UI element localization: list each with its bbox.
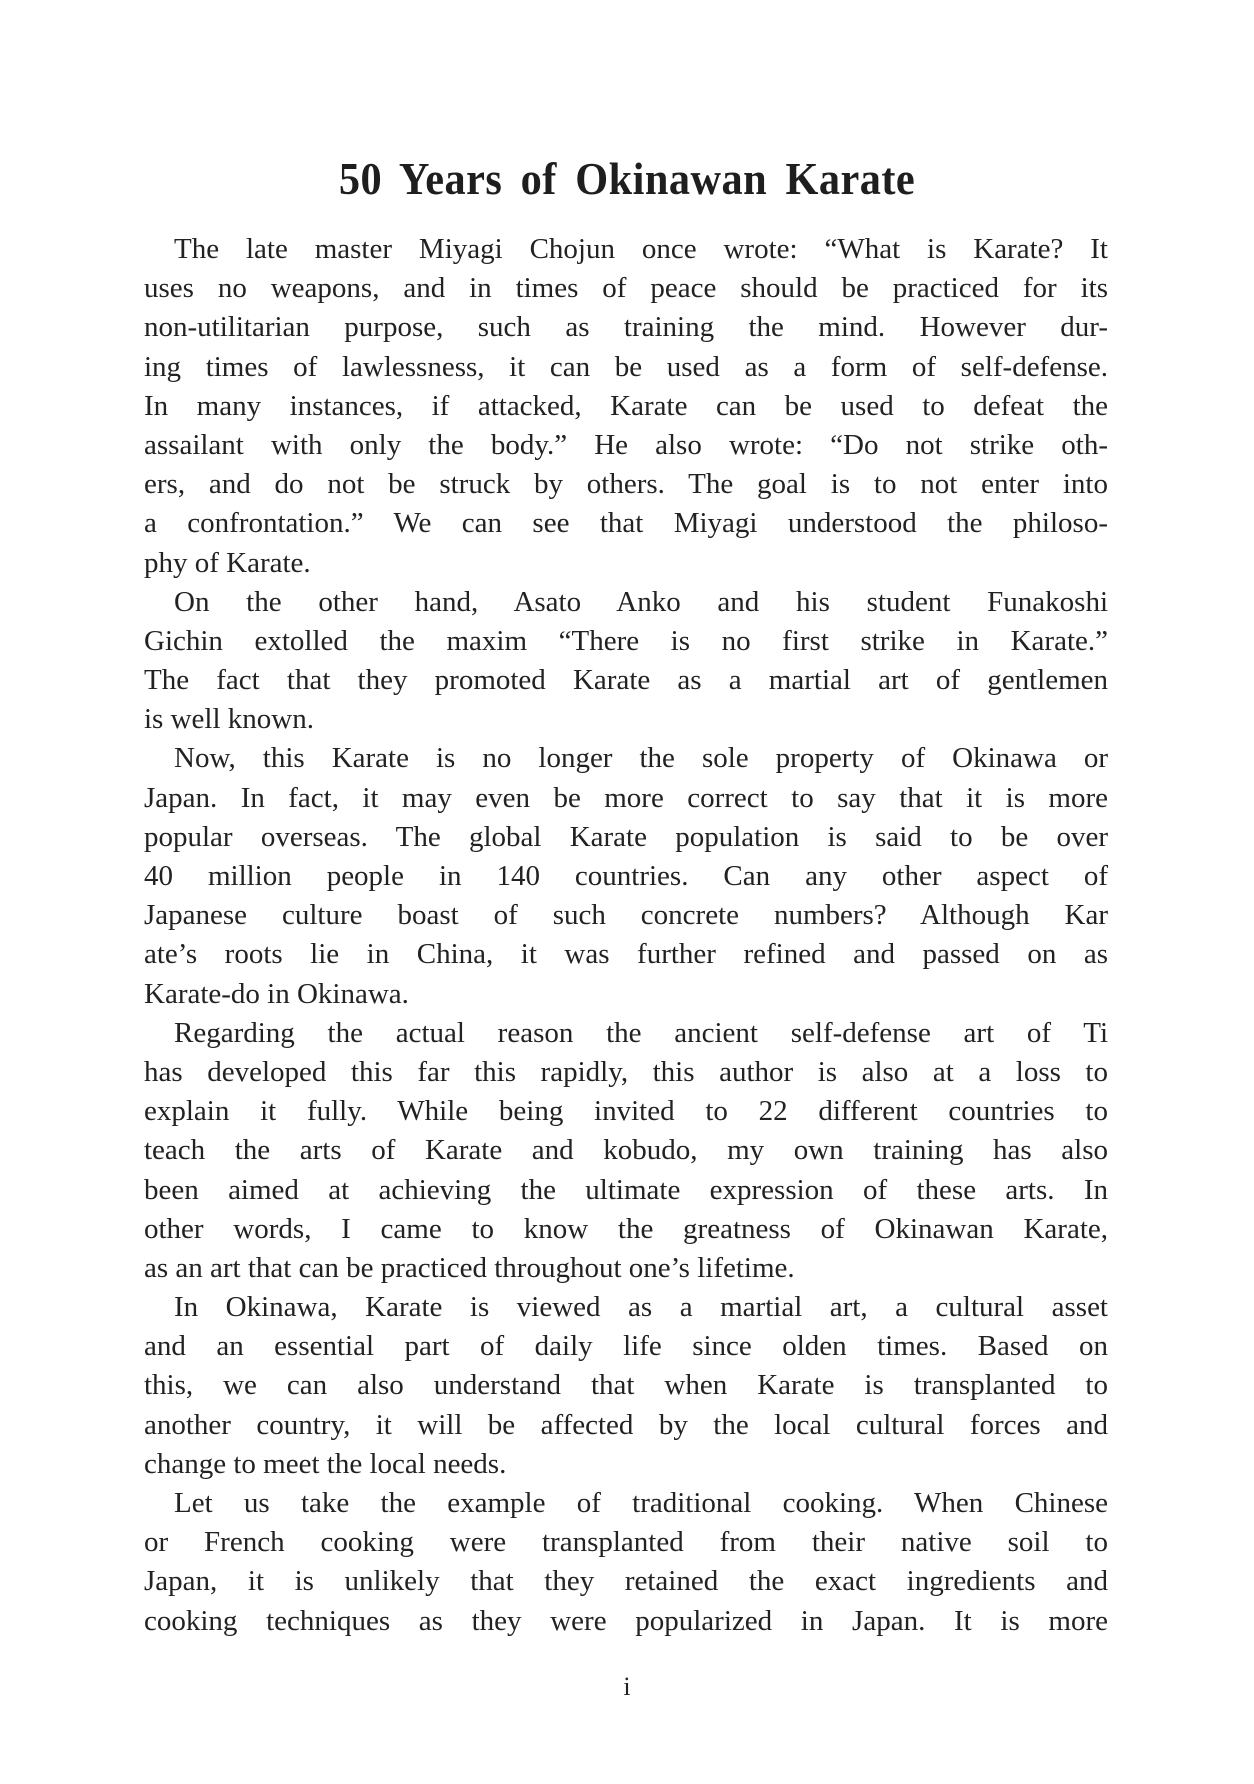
text-line: In many instances, if attacked, Karate c… [144, 387, 1108, 426]
text-line: Let us take the example of traditional c… [144, 1484, 1108, 1523]
paragraph: On the other hand, Asato Anko and his st… [144, 583, 1108, 740]
paragraph: In Okinawa, Karate is viewed as a martia… [144, 1288, 1108, 1484]
text-line: On the other hand, Asato Anko and his st… [144, 583, 1108, 622]
text-line: ing times of lawlessness, it can be used… [144, 348, 1108, 387]
text-line: cooking techniques as they were populari… [144, 1602, 1108, 1641]
text-line: 40 million people in 140 countries. Can … [144, 857, 1108, 896]
text-line: another country, it will be affected by … [144, 1406, 1108, 1445]
text-line: other words, I came to know the greatnes… [144, 1210, 1108, 1249]
text-line: is well known. [144, 700, 1108, 739]
body-text: The late master Miyagi Chojun once wrote… [144, 230, 1108, 1641]
text-line: this, we can also understand that when K… [144, 1366, 1108, 1405]
text-line: been aimed at achieving the ultimate exp… [144, 1171, 1108, 1210]
text-line: has developed this far this rapidly, thi… [144, 1053, 1108, 1092]
paragraph: The late master Miyagi Chojun once wrote… [144, 230, 1108, 583]
text-line: non-utilitarian purpose, such as trainin… [144, 308, 1108, 347]
text-line: Japan, it is unlikely that they retained… [144, 1562, 1108, 1601]
text-line: a confrontation.” We can see that Miyagi… [144, 504, 1108, 543]
text-line: Regarding the actual reason the ancient … [144, 1014, 1108, 1053]
text-line: or French cooking were transplanted from… [144, 1523, 1108, 1562]
text-line: as an art that can be practiced througho… [144, 1249, 1108, 1288]
text-line: The fact that they promoted Karate as a … [144, 661, 1108, 700]
text-line: and an essential part of daily life sinc… [144, 1327, 1108, 1366]
text-line: ate’s roots lie in China, it was further… [144, 935, 1108, 974]
text-line: change to meet the local needs. [144, 1445, 1108, 1484]
text-line: uses no weapons, and in times of peace s… [144, 269, 1108, 308]
text-line: In Okinawa, Karate is viewed as a martia… [144, 1288, 1108, 1327]
text-line: teach the arts of Karate and kobudo, my … [144, 1131, 1108, 1170]
text-line: phy of Karate. [144, 544, 1108, 583]
page-title: 50 Years of Okinawan Karate [50, 152, 1204, 205]
text-line: explain it fully. While being invited to… [144, 1092, 1108, 1131]
text-line: Now, this Karate is no longer the sole p… [144, 739, 1108, 778]
paragraph: Let us take the example of traditional c… [144, 1484, 1108, 1641]
paragraph: Now, this Karate is no longer the sole p… [144, 739, 1108, 1013]
text-line: Gichin extolled the maxim “There is no f… [144, 622, 1108, 661]
paragraph: Regarding the actual reason the ancient … [144, 1014, 1108, 1288]
text-line: Karate-do in Okinawa. [144, 975, 1108, 1014]
text-line: assailant with only the body.” He also w… [144, 426, 1108, 465]
text-line: The late master Miyagi Chojun once wrote… [144, 230, 1108, 269]
page-number: i [0, 1672, 1254, 1702]
text-line: popular overseas. The global Karate popu… [144, 818, 1108, 857]
text-line: Japan. In fact, it may even be more corr… [144, 779, 1108, 818]
text-line: Japanese culture boast of such concrete … [144, 896, 1108, 935]
document-page: 50 Years of Okinawan Karate The late mas… [0, 0, 1254, 1784]
text-line: ers, and do not be struck by others. The… [144, 465, 1108, 504]
